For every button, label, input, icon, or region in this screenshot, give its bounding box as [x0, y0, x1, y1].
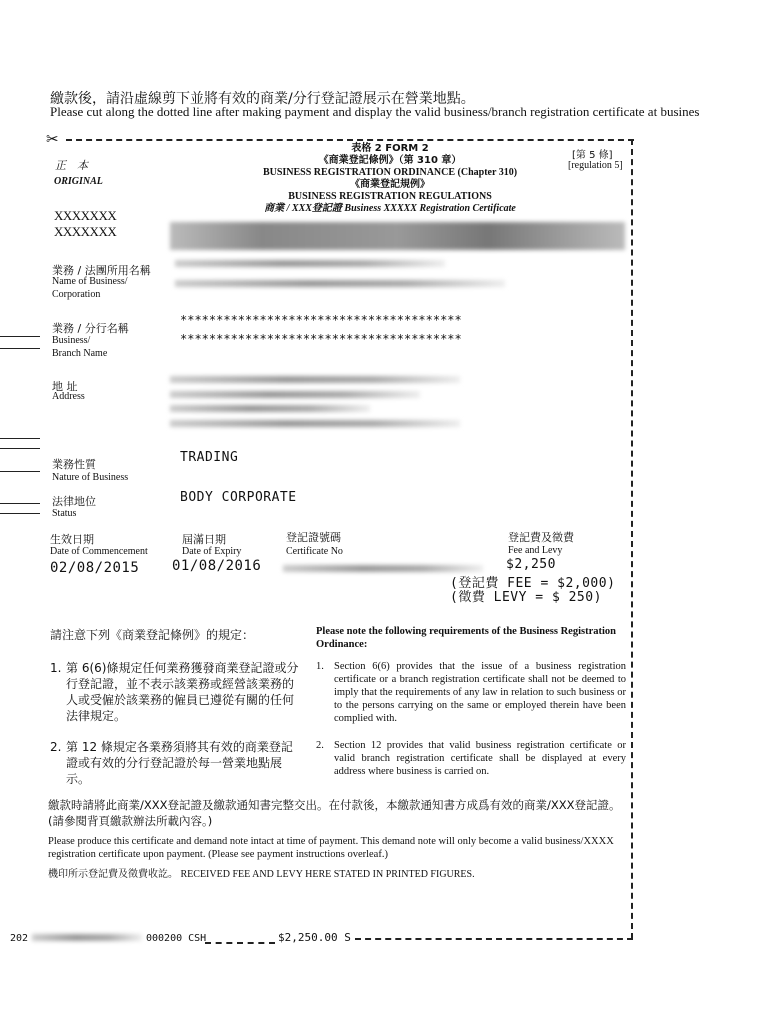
commencement-label-en: Date of Commencement — [50, 546, 148, 557]
margin-mark — [0, 448, 40, 449]
masked-code-2: XXXXXXX — [54, 224, 116, 240]
note-1-num-en: 1. — [316, 660, 324, 673]
expiry-label-zh: 屆滿日期 — [182, 531, 226, 547]
redacted-business-name-1 — [175, 260, 445, 267]
cut-line-bottom-left — [205, 942, 275, 944]
redacted-address-2 — [170, 391, 420, 398]
branch-name-value-1: *************************************** — [180, 313, 462, 327]
payment-note-zh: 繳款時請將此商業/XXX登記證及繳款通知書完整交出。在付款後，本繳款通知書方成爲… — [48, 797, 628, 829]
expiry-label-en: Date of Expiry — [182, 546, 241, 557]
margin-mark — [0, 471, 40, 472]
commencement-label-zh: 生效日期 — [50, 531, 94, 547]
fee-label-en: Fee and Levy — [508, 545, 562, 556]
receipt-code: 000200 CSH — [146, 933, 206, 944]
redacted-registration-number — [170, 222, 625, 250]
redacted-address-1 — [170, 376, 460, 383]
certificate-title: 商業 / XXX登記證 Business XXXXX Registration … — [230, 203, 550, 215]
margin-mark — [0, 513, 40, 514]
note-2-zh: 第 12 條規定各業務須將其有效的商業登記證或有效的分行登記證於每一營業地點展示… — [66, 739, 302, 787]
margin-mark — [0, 438, 40, 439]
nature-value: TRADING — [180, 450, 238, 465]
margin-mark — [0, 348, 40, 349]
status-value: BODY CORPORATE — [180, 490, 297, 505]
redacted-business-name-2 — [175, 280, 505, 287]
copy-label-zh: 正 本 — [55, 157, 88, 173]
margin-mark — [0, 503, 40, 504]
note-1-num-zh: 1. — [50, 660, 61, 676]
nature-label-en: Nature of Business — [52, 472, 128, 483]
cut-line-top — [66, 139, 634, 141]
masked-code-1: XXXXXXX — [54, 208, 116, 224]
business-name-label-en1: Name of Business/ — [52, 276, 128, 287]
branch-name-label-zh: 業務 / 分行名稱 — [52, 320, 129, 336]
note-2-en: Section 12 provides that valid business … — [334, 739, 626, 778]
business-name-label-en2: Corporation — [52, 289, 100, 300]
scissors-icon: ✂ — [46, 130, 59, 149]
receipt-prefix: 202 — [10, 933, 28, 944]
redacted-receipt-number — [32, 934, 142, 941]
margin-mark — [0, 336, 40, 337]
status-label-en: Status — [52, 508, 76, 519]
instruction-en: Please cut along the dotted line after m… — [50, 104, 699, 120]
cut-line-right — [631, 139, 633, 939]
regulation-ref-en: [regulation 5] — [568, 160, 623, 171]
form-number: 表格 2 FORM 2 — [230, 143, 550, 155]
payment-note-en: Please produce this certificate and dema… — [48, 835, 628, 861]
received-note: 機印所示登記費及徵費收訖。 RECEIVED FEE AND LEVY HERE… — [48, 868, 475, 881]
branch-name-value-2: *************************************** — [180, 332, 462, 346]
fee-total: $2,250 — [506, 557, 556, 572]
levy-breakdown: (徵費 LEVY = $ 250) — [450, 586, 602, 605]
regulations-en: BUSINESS REGISTRATION REGULATIONS — [230, 191, 550, 203]
cut-line-bottom — [355, 938, 633, 940]
notes-heading-zh: 請注意下列《商業登記條例》的規定： — [50, 627, 254, 643]
redacted-address-4 — [170, 420, 460, 427]
regulations-zh: 《商業登記規例》 — [230, 179, 550, 191]
note-1-zh: 第 6(6)條規定任何業務獲發商業登記證或分行登記證，並不表示該業務或經營該業務… — [66, 660, 302, 724]
redacted-address-3 — [170, 405, 370, 412]
ordinance-zh: 《商業登記條例》（第 310 章） — [230, 155, 550, 167]
redacted-certificate-no — [283, 565, 483, 572]
regulation-ref-zh: [第 5 條] — [572, 146, 613, 161]
ordinance-en: BUSINESS REGISTRATION ORDINANCE (Chapter… — [230, 167, 550, 179]
commencement-date: 02/08/2015 — [50, 560, 139, 576]
note-1-en: Section 6(6) provides that the issue of … — [334, 660, 626, 725]
fee-label-zh: 登記費及徵費 — [508, 529, 574, 545]
note-2-num-en: 2. — [316, 739, 324, 752]
nature-label-zh: 業務性質 — [52, 456, 96, 472]
address-label-en: Address — [52, 391, 85, 402]
expiry-date: 01/08/2016 — [172, 558, 261, 574]
certificate-no-label-zh: 登記證號碼 — [286, 529, 341, 545]
certificate-no-label-en: Certificate No — [286, 546, 343, 557]
notes-heading-en: Please note the following requirements o… — [316, 625, 626, 651]
certificate-header: 表格 2 FORM 2 《商業登記條例》（第 310 章） BUSINESS R… — [230, 143, 550, 215]
copy-label-en: ORIGINAL — [54, 176, 103, 187]
branch-name-label-en2: Branch Name — [52, 348, 107, 359]
receipt-amount: $2,250.00 S — [278, 931, 351, 944]
status-label-zh: 法律地位 — [52, 493, 96, 509]
branch-name-label-en1: Business/ — [52, 335, 90, 346]
note-2-num-zh: 2. — [50, 739, 61, 755]
